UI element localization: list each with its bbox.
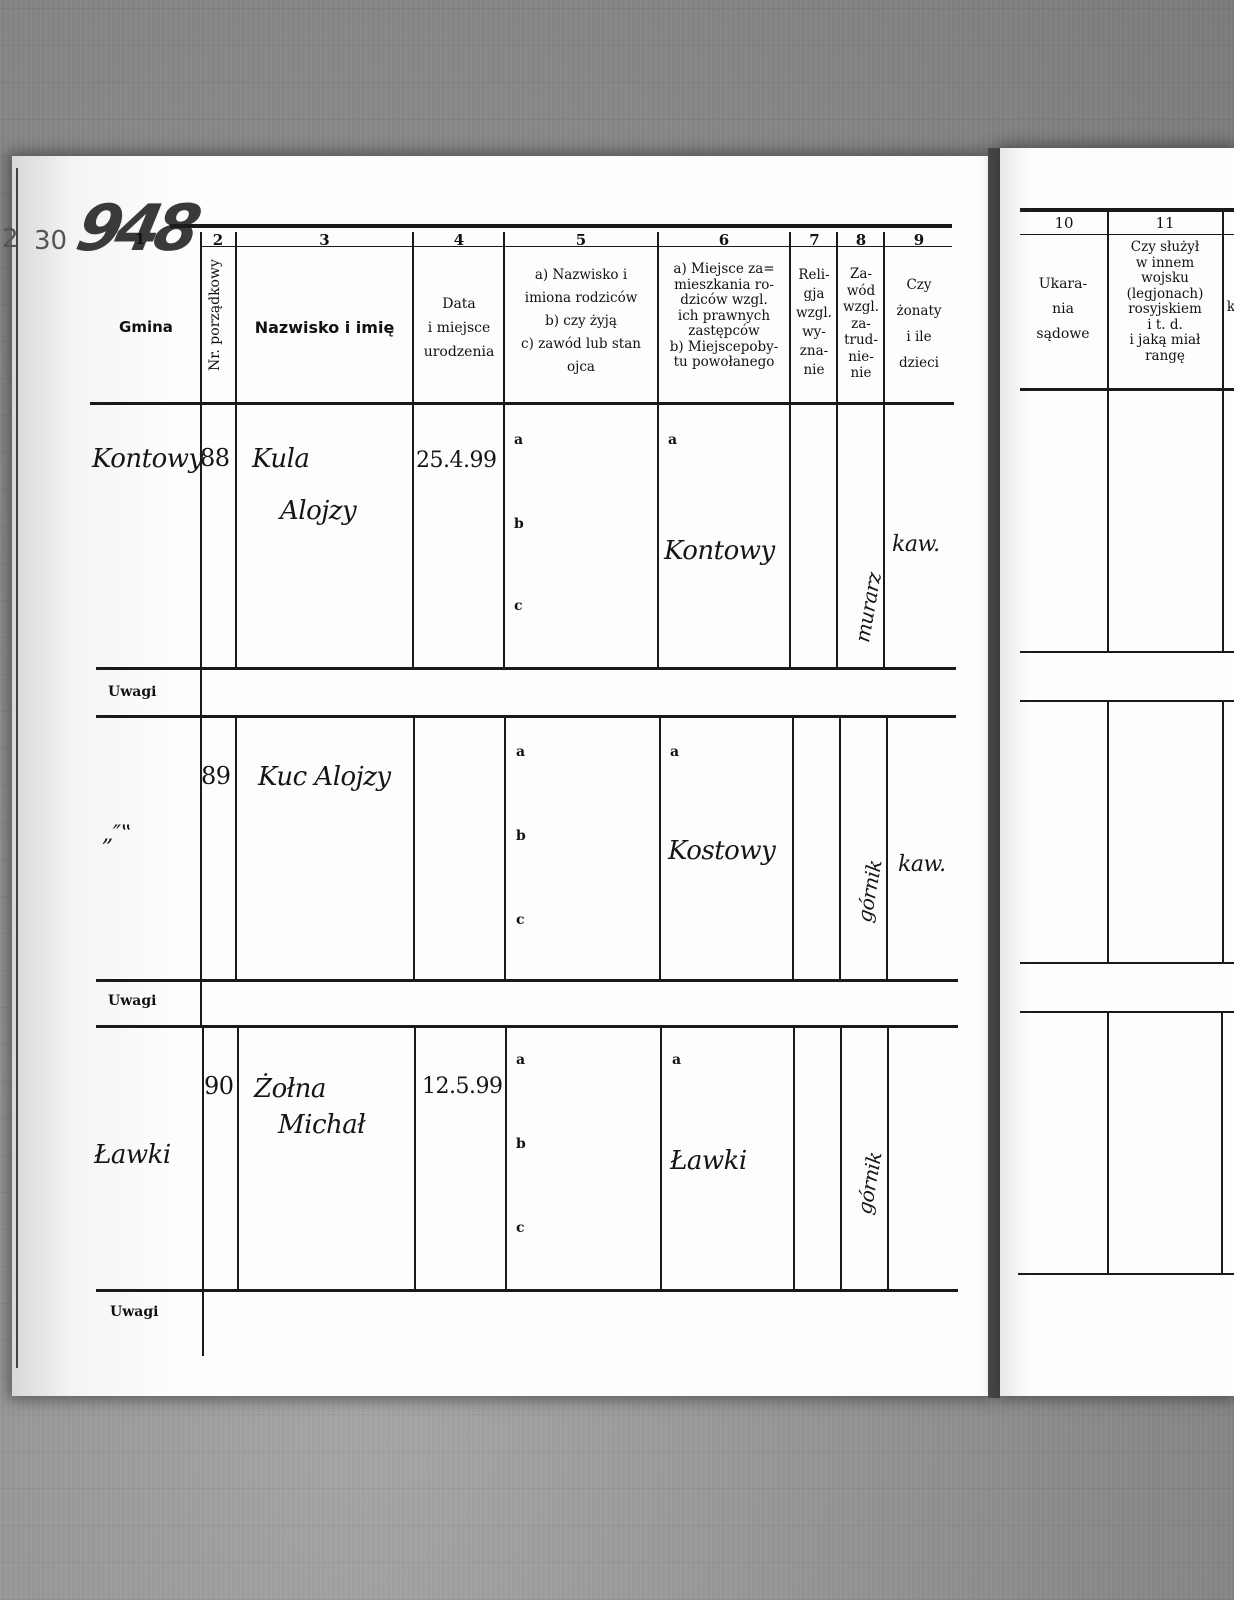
record-2-sub-a: a — [516, 744, 525, 760]
record-1-gmina: Kontowy — [92, 444, 203, 474]
header-vline-7 — [836, 232, 838, 402]
header-ukarania: Ukara- nia sądowe — [1020, 272, 1106, 347]
header-zonaty: Czy żonaty i ile dzieci — [886, 272, 952, 376]
left-margin-rule — [16, 168, 18, 1368]
uwagi-3-divider — [202, 1292, 204, 1356]
col-num-1: 1 — [120, 230, 160, 248]
record-2-marital: kaw. — [898, 852, 946, 877]
record-3-name-line1: Żołna — [254, 1074, 326, 1104]
row3-vline — [202, 1028, 204, 1290]
header-vline-3 — [412, 232, 414, 402]
right-header-bottom-rule — [1020, 388, 1234, 391]
record-1-residence-b: Kontowy — [664, 536, 775, 566]
header-vline-2 — [235, 232, 237, 402]
row3-vline — [505, 1028, 507, 1290]
right-uwagi1-bottom — [1020, 700, 1234, 702]
row3-vline — [840, 1028, 842, 1290]
row1-vline — [883, 405, 885, 668]
row1-vline — [503, 405, 505, 668]
header-rodzice: a) Nazwisko i imiona rodziców b) czy żyj… — [505, 264, 657, 379]
record-2-nr: 89 — [201, 762, 231, 790]
right-row2-bottom — [1020, 962, 1234, 964]
uwagi-1-bottom-rule — [96, 715, 956, 718]
record-1-res-a: a — [668, 432, 677, 448]
record-1-sub-c: c — [514, 598, 523, 614]
margin-number: 30 — [34, 226, 67, 256]
margin-mark: 2 — [2, 224, 19, 254]
record-1-name-line1: Kula — [252, 444, 309, 474]
header-vline-6 — [789, 232, 791, 402]
col-num-6: 6 — [659, 231, 789, 249]
col-num-7: 7 — [792, 231, 837, 249]
record-1-nr: 88 — [200, 444, 230, 472]
right-header-top-rule — [1020, 208, 1234, 212]
col-num-5: 5 — [505, 231, 657, 249]
header-zawod: Za- wód wzgl. za- trud- nie- nie — [838, 266, 884, 382]
header-gmina: Gmina — [96, 320, 196, 336]
header-nr-porzadkowy: Nr. porządkowy — [207, 261, 223, 371]
right-vline-b — [1222, 212, 1224, 388]
record-2-res-a: a — [670, 744, 679, 760]
col-num-10: 10 — [1022, 214, 1106, 232]
record-3-birth-date: 12.5.99 — [422, 1074, 502, 1099]
record-1-name-line2: Alojzy — [280, 496, 356, 526]
uwagi-label-2: Uwagi — [108, 993, 156, 1009]
header-vline-8 — [883, 232, 885, 402]
header-nazwisko: Nazwisko i imię — [237, 320, 412, 336]
row2-vline — [235, 718, 237, 980]
col-num-8: 8 — [838, 231, 884, 249]
uwagi-1-field — [203, 672, 953, 714]
row2-vline — [792, 718, 794, 980]
uwagi-2-bottom-rule — [96, 1025, 958, 1028]
header-sluzyl: Czy służył w innem wojsku (legjonach) ro… — [1108, 240, 1222, 364]
row1-bottom-rule — [96, 667, 956, 670]
row2-vline — [200, 718, 202, 980]
right-row2-vline-b — [1222, 702, 1224, 962]
header-data-urodzenia: Data i miejsce urodzenia — [414, 292, 504, 364]
right-row3-bottom — [1018, 1273, 1234, 1275]
header-religja: Reli- gja wzgl. wy- zna- nie — [790, 266, 838, 380]
record-3-nr: 90 — [204, 1072, 234, 1100]
row3-vline — [793, 1028, 795, 1290]
record-3-sub-a: a — [516, 1052, 525, 1068]
row2-vline — [839, 718, 841, 980]
uwagi-2-divider — [200, 982, 202, 1026]
record-3-residence-b: Ławki — [670, 1146, 747, 1176]
record-2-sub-b: b — [516, 828, 526, 844]
row2-vline — [413, 718, 415, 980]
record-1-marital: kaw. — [892, 532, 940, 557]
row2-vline — [504, 718, 506, 980]
record-1-birth-date: 25.4.99 — [416, 448, 496, 473]
record-3-name-line2: Michał — [278, 1110, 365, 1140]
right-row1-vline-b — [1222, 391, 1224, 651]
record-2-sub-c: c — [516, 912, 525, 928]
col-num-3: 3 — [237, 231, 412, 249]
record-1-sub-a: a — [514, 432, 523, 448]
uwagi-label-1: Uwagi — [108, 684, 156, 700]
record-3-res-a: a — [672, 1052, 681, 1068]
row3-vline — [887, 1028, 889, 1290]
row1-vline — [836, 405, 838, 668]
row3-vline — [660, 1028, 662, 1290]
row1-vline — [412, 405, 414, 668]
record-2-gmina-ditto: „″‟ — [102, 822, 131, 847]
right-row1-vline-a — [1107, 391, 1109, 651]
right-vline-a — [1107, 212, 1109, 388]
record-1-sub-b: b — [514, 516, 524, 532]
header-bottom-rule — [90, 402, 954, 405]
header-top-rule — [170, 224, 952, 228]
header-vline-5 — [657, 232, 659, 402]
row2-vline — [659, 718, 661, 980]
right-row3-vline-b — [1221, 1013, 1223, 1273]
row3-bottom-rule — [96, 1289, 958, 1292]
col-num-2: 2 — [203, 231, 233, 249]
row1-vline — [657, 405, 659, 668]
row2-bottom-rule — [96, 979, 958, 982]
record-3-sub-b: b — [516, 1136, 526, 1152]
col-num-11: 11 — [1108, 214, 1222, 232]
record-2-name-line1: Kuc Alojzy — [258, 762, 391, 792]
record-3-sub-c: c — [516, 1220, 525, 1236]
uwagi-label-3: Uwagi — [110, 1304, 158, 1320]
header-vline-1 — [200, 232, 202, 402]
record-3-gmina: Ławki — [94, 1140, 171, 1170]
col-num-4: 4 — [414, 231, 504, 249]
book-gutter — [988, 148, 1000, 1398]
row1-vline — [235, 405, 237, 668]
right-header-num-rule — [1020, 234, 1234, 235]
uwagi-1-divider — [200, 670, 202, 716]
uwagi-2-field — [203, 984, 953, 1024]
record-2-residence-b: Kostowy — [668, 836, 775, 866]
right-row1-bottom — [1020, 651, 1234, 653]
right-uwagi2-bottom — [1020, 1011, 1234, 1013]
row1-vline — [789, 405, 791, 668]
row3-vline — [237, 1028, 239, 1290]
header-vline-4 — [503, 232, 505, 402]
row3-vline — [414, 1028, 416, 1290]
col-num-9: 9 — [886, 231, 952, 249]
right-row2-vline-a — [1107, 702, 1109, 962]
header-miejsce-zamieszkania: a) Miejsce za= mieszkania ro- dziców wzg… — [659, 262, 789, 371]
header-col12-partial: k — [1226, 300, 1234, 316]
handwritten-page-number: 948 — [70, 192, 201, 266]
right-row3-vline-a — [1107, 1013, 1109, 1273]
row2-vline — [886, 718, 888, 980]
